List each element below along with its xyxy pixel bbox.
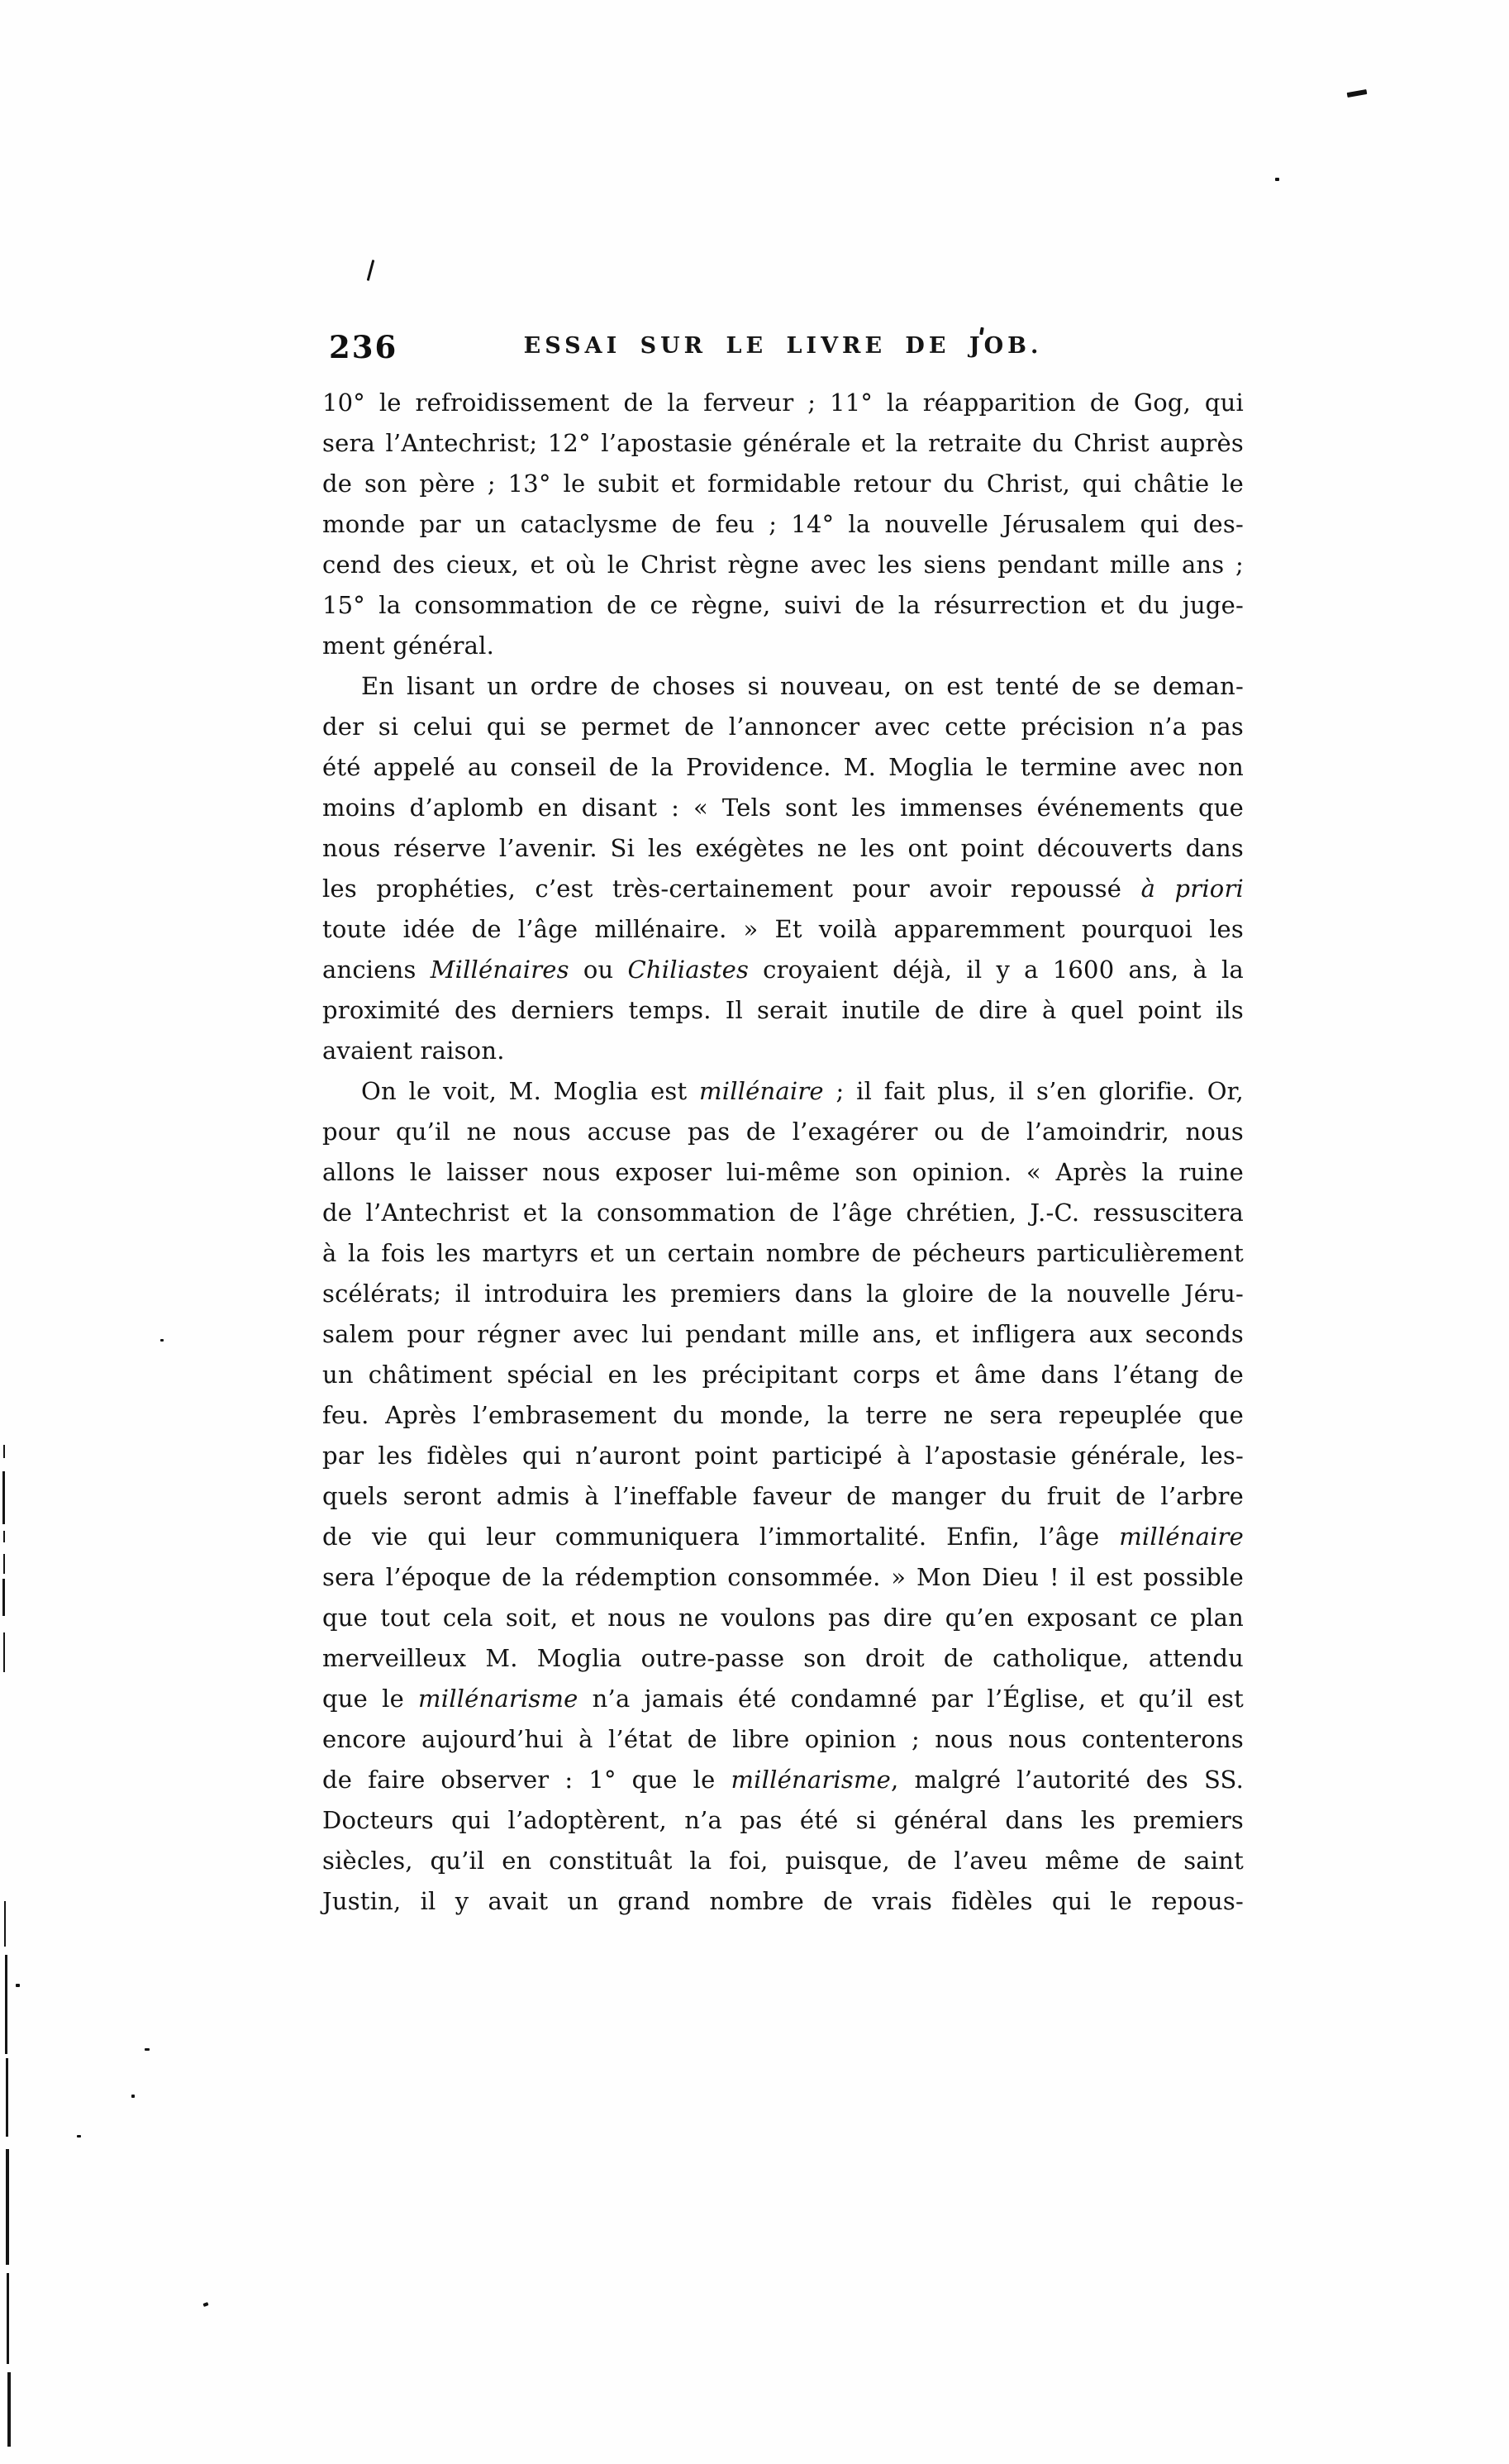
text-line: moins d’aplomb en disant : « Tels sont l… — [322, 788, 1244, 828]
ink-speck — [1347, 89, 1368, 98]
text-line: proximité des derniers temps. Il serait … — [322, 990, 1244, 1031]
binding-edge-artifact — [3, 1554, 5, 1574]
page-body-text: 10° le refroidissement de la ferveur ; 1… — [322, 383, 1244, 1922]
ink-speck — [77, 2135, 81, 2138]
page-number: 236 — [329, 329, 397, 365]
text-line: quels seront admis à l’ineffable faveur … — [322, 1476, 1244, 1517]
text-line: 10° le refroidissement de la ferveur ; 1… — [322, 383, 1244, 423]
ink-speck — [145, 2048, 150, 2051]
ink-speck — [202, 2302, 208, 2307]
text-line: toute idée de l’âge millénaire. » Et voi… — [322, 909, 1244, 950]
binding-edge-artifact — [6, 2149, 9, 2265]
running-title: ESSAI SUR LE LIVRE DE JOB. — [322, 327, 1244, 359]
text-line: monde par un cataclysme de feu ; 14° la … — [322, 504, 1244, 545]
italic-text: Millénaires — [431, 956, 569, 984]
text-line: salem pour régner avec lui pendant mille… — [322, 1314, 1244, 1355]
text-line: de son père ; 13° le subit et formidable… — [322, 464, 1244, 504]
text-line: 15° la consommation de ce règne, suivi d… — [322, 585, 1244, 626]
binding-edge-artifact — [7, 2273, 9, 2364]
binding-edge-artifact — [3, 1445, 5, 1458]
text-line: scélérats; il introduira les premiers da… — [322, 1274, 1244, 1314]
italic-text: millénarisme — [731, 1766, 891, 1794]
text-line: que tout cela soit, et nous ne voulons p… — [322, 1598, 1244, 1638]
text-line: de vie qui leur communiquera l’immortali… — [322, 1517, 1244, 1557]
text-line: nous réserve l’avenir. Si les exégètes n… — [322, 828, 1244, 869]
ink-speck — [16, 1984, 20, 1987]
text-line: merveilleux M. Moglia outre-passe son dr… — [322, 1638, 1244, 1679]
text-line: Justin, il y avait un grand nombre de vr… — [322, 1881, 1244, 1922]
text-line: anciens Millénaires ou Chiliastes croyai… — [322, 950, 1244, 990]
binding-edge-artifact — [2, 1471, 5, 1524]
text-line: feu. Après l’embrasement du monde, la te… — [322, 1395, 1244, 1436]
binding-edge-artifact — [4, 1901, 6, 1947]
text-line: Docteurs qui l’adoptèrent, n’a pas été s… — [322, 1800, 1244, 1841]
text-line: sera l’Antechrist; 12° l’apostasie génér… — [322, 423, 1244, 464]
ink-speck — [160, 1339, 164, 1342]
text-line: que le millénarisme n’a jamais été conda… — [322, 1679, 1244, 1719]
page-header: 236 ESSAI SUR LE LIVRE DE JOB. — [322, 327, 1244, 369]
text-line: En lisant un ordre de choses si nouveau,… — [322, 666, 1244, 707]
text-line: der si celui qui se permet de l’annoncer… — [322, 707, 1244, 747]
book-page: 236 ESSAI SUR LE LIVRE DE JOB. 10° le re… — [0, 0, 1509, 2464]
text-line: cend des cieux, et où le Christ règne av… — [322, 545, 1244, 585]
text-line: sera l’époque de la rédemption consommée… — [322, 1557, 1244, 1598]
binding-edge-artifact — [7, 2372, 11, 2447]
text-line: allons le laisser nous exposer lui-même … — [322, 1152, 1244, 1193]
ink-speck — [131, 2095, 135, 2098]
text-line: encore aujourd’hui à l’état de libre opi… — [322, 1719, 1244, 1760]
text-line: été appelé au conseil de la Providence. … — [322, 747, 1244, 788]
binding-edge-artifact — [6, 2058, 8, 2137]
text-line: de l’Antechrist et la consommation de l’… — [322, 1193, 1244, 1233]
text-line: pour qu’il ne nous accuse pas de l’exagé… — [322, 1112, 1244, 1152]
text-line: ment général. — [322, 626, 1244, 666]
text-line: les prophéties, c’est très-certainement … — [322, 869, 1244, 909]
binding-edge-artifact — [3, 1531, 5, 1542]
binding-edge-artifact — [3, 1632, 5, 1672]
text-line: On le voit, M. Moglia est millénaire ; i… — [322, 1071, 1244, 1112]
binding-edge-artifact — [5, 1955, 7, 2054]
ink-speck — [1275, 178, 1279, 181]
italic-text: à priori — [1141, 875, 1244, 903]
text-line: siècles, qu’il en constituât la foi, pui… — [322, 1841, 1244, 1881]
italic-text: Chiliastes — [628, 956, 750, 984]
text-line: avaient raison. — [322, 1031, 1244, 1071]
italic-text: millénaire — [699, 1077, 824, 1105]
text-line: un châtiment spécial en les précipitant … — [322, 1355, 1244, 1395]
text-line: à la fois les martyrs et un certain nomb… — [322, 1233, 1244, 1274]
italic-text: millénaire — [1119, 1523, 1244, 1551]
binding-edge-artifact — [2, 1579, 5, 1616]
text-line: par les fidèles qui n’auront point parti… — [322, 1436, 1244, 1476]
text-line: de faire observer : 1° que le millénaris… — [322, 1760, 1244, 1800]
ink-speck — [367, 260, 375, 281]
italic-text: millénarisme — [418, 1685, 578, 1713]
